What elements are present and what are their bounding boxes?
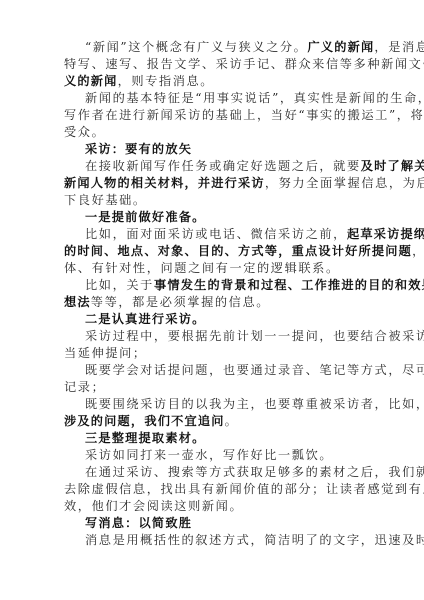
bold-text: 起草采访提纲，明确采访	[347, 227, 424, 241]
body-text: 去除虚假信息，找出具有新闻价值的部分；让读者感觉到有用、有益、有	[64, 482, 424, 496]
bold-text: 写消息：以简致胜	[85, 516, 192, 530]
bold-text: 二是认真进行采访。	[85, 312, 206, 326]
bold-text: 采访：要有的放矢	[85, 142, 192, 156]
text-line: 涉及的问题，我们不宜追问。	[64, 413, 360, 430]
text-line: 去除虚假信息，找出具有新闻价值的部分；让读者感觉到有用、有益、有	[64, 481, 360, 498]
body-text: 既要学会对话提问题，也要通过录音、笔记等方式，尽可能多地做好	[85, 363, 424, 377]
bold-text: 义的新闻	[64, 74, 118, 88]
body-text: 等等，都是必须掌握的信息。	[91, 295, 270, 309]
body-text: 受众。	[64, 125, 105, 139]
body-text: 体、有针对性，问题之间有一定的逻辑联系。	[64, 261, 340, 275]
text-line: 想法等等，都是必须掌握的信息。	[64, 294, 360, 311]
section-heading: 二是认真进行采访。	[64, 311, 360, 328]
text-line: 记录；	[64, 379, 360, 396]
bold-text: 新闻人物的相关材料，并进行采访	[64, 176, 265, 190]
document-page: “新闻”这个概念有广义与狭义之分。广义的新闻，是消息、通讯、特写、速写、报告文学…	[64, 39, 360, 549]
text-line: 既要学会对话提问题，也要通过录音、笔记等方式，尽可能多地做好	[64, 362, 360, 379]
text-line: 下良好基础。	[64, 192, 360, 209]
bold-text: 广义的新闻	[307, 40, 374, 54]
body-text: 。	[225, 414, 239, 428]
text-line: 新闻人物的相关材料，并进行采访，努力全面掌握信息，为后面的写作打	[64, 175, 360, 192]
text-line: 在通过采访、搜索等方式获取足够多的素材之后，我们就要提取事实、	[64, 464, 360, 481]
body-text: 在通过采访、搜索等方式获取足够多的素材之后，我们就要提取事实、	[85, 465, 424, 479]
text-line: 效，他们才会阅读这则新闻。	[64, 498, 360, 515]
text-line: 在接收新闻写作任务或确定好选题之后，就要及时了解关于新闻事件、	[64, 158, 360, 175]
body-text: 下良好基础。	[64, 193, 147, 207]
body-text: ，是消息、通讯、	[374, 40, 424, 54]
body-text: 采访如同打来一壶水，写作好比一瓢饮。	[85, 448, 333, 462]
text-line: 采访过程中，要根据先前计划一一提问，也要结合被采访者的回答适	[64, 328, 360, 345]
text-line: 消息是用概括性的叙述方式，简洁明了的文字，迅速及时地报道国内	[64, 532, 360, 549]
section-heading: 三是整理提取素材。	[64, 430, 360, 447]
body-text: 写作者在进行新闻采访的基础上，当好“事实的搬运工”，将现场展现给	[64, 108, 424, 122]
bold-text: 涉及的问题，我们不宜追问	[64, 414, 225, 428]
text-line: 写作者在进行新闻采访的基础上，当好“事实的搬运工”，将现场展现给	[64, 107, 360, 124]
body-text: 在接收新闻写作任务或确定好选题之后，就要	[85, 159, 361, 173]
text-line: 体、有针对性，问题之间有一定的逻辑联系。	[64, 260, 360, 277]
body-text: ，则专指消息。	[118, 74, 215, 88]
text-line: 受众。	[64, 124, 360, 141]
section-heading: 写消息：以简致胜	[64, 515, 360, 532]
body-text: 当延伸提问；	[64, 346, 147, 360]
bold-text: 的时间、地点、对象、目的、方式等，重点设计好所提问题	[64, 244, 412, 258]
bold-text: 想法	[64, 295, 91, 309]
text-line: 采访如同打来一壶水，写作好比一瓢饮。	[64, 447, 360, 464]
body-text: 记录；	[64, 380, 105, 394]
section-heading: 一是提前做好准备。	[64, 209, 360, 226]
body-text: 特写、速写、报告文学、采访手记、群众来信等多种新闻文体的总称。	[64, 57, 424, 71]
section-heading: 采访：要有的放矢	[64, 141, 360, 158]
body-text: 比如，关于	[85, 278, 154, 292]
body-text: 既要围绕采访目的以我为主，也要尊重被采访者，比如，	[85, 397, 424, 411]
body-text: 效，他们才会阅读这则新闻。	[64, 499, 243, 513]
text-line: 的时间、地点、对象、目的、方式等，重点设计好所提问题，确保问题具	[64, 243, 360, 260]
bold-text: 三是整理提取素材。	[85, 431, 206, 445]
bold-text: 一是提前做好准备。	[85, 210, 206, 224]
text-line: 既要围绕采访目的以我为主，也要尊重被采访者，比如，对方不愿意	[64, 396, 360, 413]
body-text: “新闻”这个概念有广义与狭义之分。	[85, 40, 307, 54]
text-line: 特写、速写、报告文学、采访手记、群众来信等多种新闻文体的总称。狭	[64, 56, 360, 73]
text-line: 当延伸提问；	[64, 345, 360, 362]
body-text: 比如，面对面采访或电话、微信采访之前，	[85, 227, 347, 241]
text-line: 新闻的基本特征是“用事实说话”，真实性是新闻的生命，这就要求	[64, 90, 360, 107]
body-text: ，努力全面掌握信息，为后面的写作打	[265, 176, 424, 190]
text-line: “新闻”这个概念有广义与狭义之分。广义的新闻，是消息、通讯、	[64, 39, 360, 56]
body-text: 消息是用概括性的叙述方式，简洁明了的文字，迅速及时地报道国内	[85, 533, 424, 547]
body-text: 采访过程中，要根据先前计划一一提问，也要结合被采访者的回答适	[85, 329, 424, 343]
text-line: 义的新闻，则专指消息。	[64, 73, 360, 90]
bold-text: 事情发生的背景和过程、工作推进的目的和效果、人物的	[154, 278, 424, 292]
text-line: 比如，关于事情发生的背景和过程、工作推进的目的和效果、人物的	[64, 277, 360, 294]
body-text: 新闻的基本特征是“用事实说话”，真实性是新闻的生命，这就要求	[85, 91, 424, 105]
text-line: 比如，面对面采访或电话、微信采访之前，起草采访提纲，明确采访	[64, 226, 360, 243]
bold-text: 及时了解关于新闻事件、	[361, 159, 424, 173]
body-text: ，确保问题具	[412, 244, 424, 258]
